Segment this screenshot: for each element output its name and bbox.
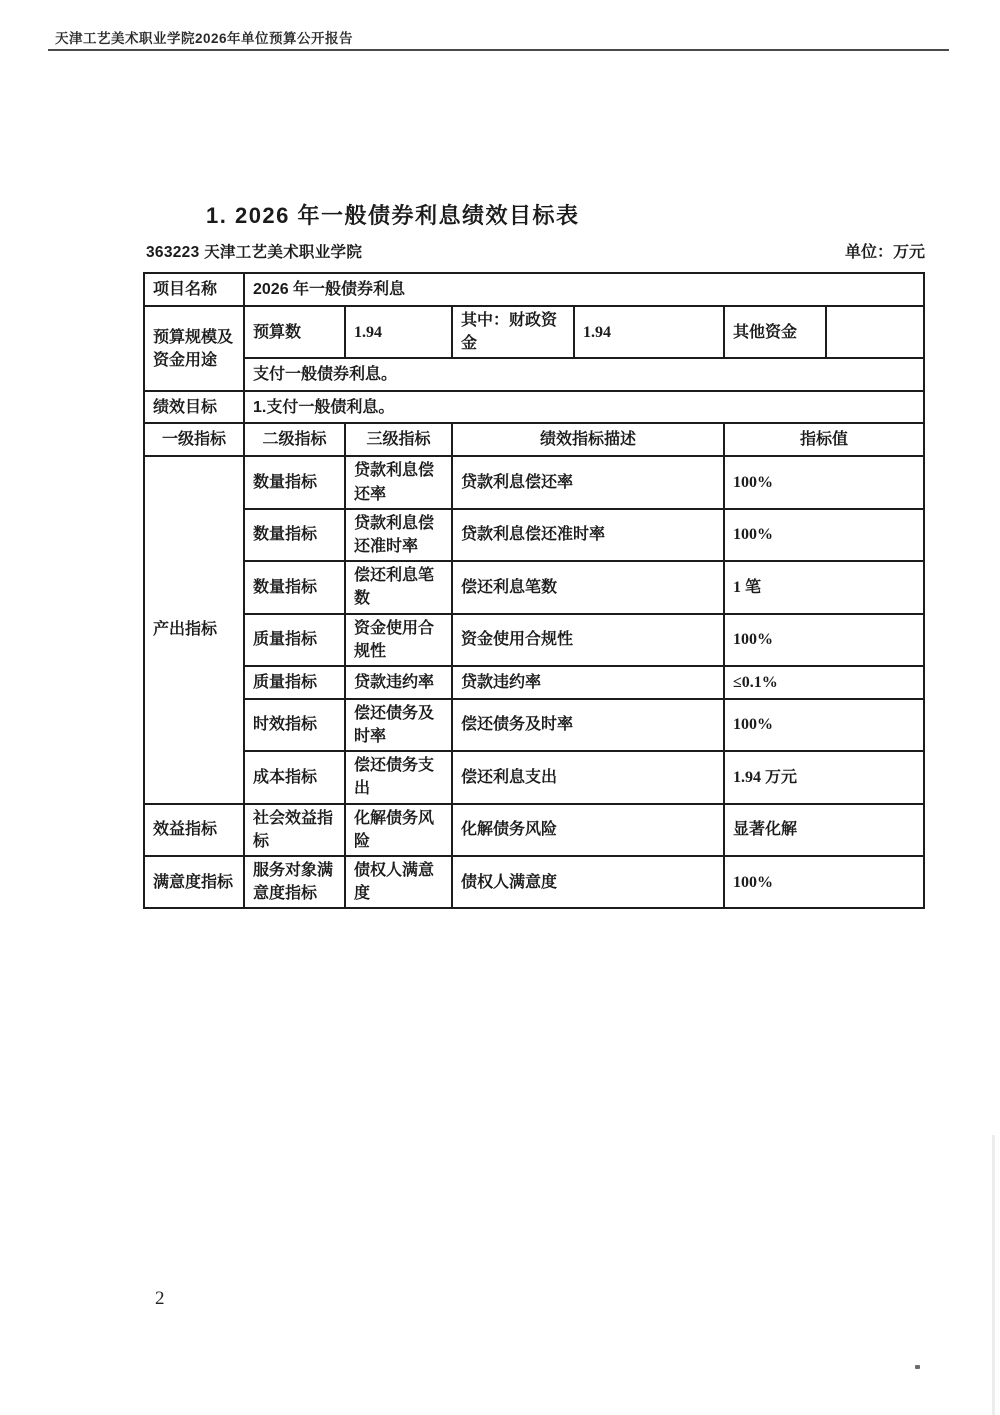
indicator-row: 时效指标 偿还债务及时率 偿还债务及时率 100% bbox=[144, 699, 924, 751]
table-row: 预算规模及资金用途 预算数 1.94 其中：财政资金 1.94 其他资金 bbox=[144, 306, 924, 358]
indicator-row: 数量指标 偿还利息笔数 偿还利息笔数 1 笔 bbox=[144, 561, 924, 613]
desc-cell: 贷款利息偿还准时率 bbox=[452, 509, 724, 561]
indicator-row: 产出指标 数量指标 贷款利息偿还率 贷款利息偿还率 100% bbox=[144, 456, 924, 508]
level3-cell: 贷款违约率 bbox=[345, 666, 452, 699]
desc-cell: 偿还利息支出 bbox=[452, 751, 724, 803]
document-page: 天津工艺美术职业学院2026年单位预算公开报告 1. 2026 年一般债券利息绩… bbox=[0, 0, 1000, 1415]
indicator-row: 数量指标 贷款利息偿还准时率 贷款利息偿还准时率 100% bbox=[144, 509, 924, 561]
column-header-level2: 二级指标 bbox=[244, 423, 345, 456]
value-cell: 100% bbox=[724, 509, 924, 561]
section-title: 1. 2026 年一般债券利息绩效目标表 bbox=[206, 199, 580, 230]
level2-cell: 数量指标 bbox=[244, 509, 345, 561]
level3-cell: 贷款利息偿还准时率 bbox=[345, 509, 452, 561]
org-code-name: 363223 天津工艺美术职业学院 bbox=[146, 240, 362, 262]
value-cell: ≤0.1% bbox=[724, 666, 924, 699]
level3-cell: 偿还债务支出 bbox=[345, 751, 452, 803]
level1-cell: 产出指标 bbox=[144, 456, 244, 803]
document-header-title: 天津工艺美术职业学院2026年单位预算公开报告 bbox=[55, 27, 353, 47]
indicator-row: 质量指标 资金使用合规性 资金使用合规性 100% bbox=[144, 614, 924, 666]
level3-cell: 资金使用合规性 bbox=[345, 614, 452, 666]
table-row: 支付一般债券利息。 bbox=[144, 358, 924, 391]
column-header-level3: 三级指标 bbox=[345, 423, 452, 456]
indicator-row: 成本指标 偿还债务支出 偿还利息支出 1.94 万元 bbox=[144, 751, 924, 803]
column-header-desc: 绩效指标描述 bbox=[452, 423, 724, 456]
value-cell: 100% bbox=[724, 699, 924, 751]
header-divider bbox=[48, 49, 949, 51]
other-funds-value bbox=[826, 306, 924, 358]
desc-cell: 化解债务风险 bbox=[452, 804, 724, 856]
level2-cell: 社会效益指标 bbox=[244, 804, 345, 856]
indicator-row: 效益指标 社会效益指标 化解债务风险 化解债务风险 显著化解 bbox=[144, 804, 924, 856]
level3-cell: 贷款利息偿还率 bbox=[345, 456, 452, 508]
project-name-value: 2026 年一般债券利息 bbox=[244, 273, 924, 306]
level3-cell: 偿还利息笔数 bbox=[345, 561, 452, 613]
unit-label: 单位：万元 bbox=[845, 239, 925, 262]
performance-target-table: 项目名称 2026 年一般债券利息 预算规模及资金用途 预算数 1.94 其中：… bbox=[143, 272, 925, 909]
table-caption-row: 363223 天津工艺美术职业学院 单位：万元 bbox=[146, 239, 925, 262]
page-number: 2 bbox=[155, 1288, 165, 1310]
level2-cell: 数量指标 bbox=[244, 561, 345, 613]
goal-value: 1.支付一般债利息。 bbox=[244, 391, 924, 423]
value-cell: 100% bbox=[724, 456, 924, 508]
level2-cell: 成本指标 bbox=[244, 751, 345, 803]
goal-label: 绩效目标 bbox=[144, 391, 244, 423]
desc-cell: 偿还利息笔数 bbox=[452, 561, 724, 613]
indicator-row: 满意度指标 服务对象满意度指标 债权人满意度 债权人满意度 100% bbox=[144, 856, 924, 908]
desc-cell: 债权人满意度 bbox=[452, 856, 724, 908]
other-funds-label: 其他资金 bbox=[724, 306, 826, 358]
level3-cell: 化解债务风险 bbox=[345, 804, 452, 856]
budget-amount-label: 预算数 bbox=[244, 306, 345, 358]
scan-artifact-edge bbox=[992, 1135, 995, 1415]
budget-amount-value: 1.94 bbox=[345, 306, 452, 358]
level2-cell: 数量指标 bbox=[244, 456, 345, 508]
table-row: 项目名称 2026 年一般债券利息 bbox=[144, 273, 924, 306]
budget-section-label: 预算规模及资金用途 bbox=[144, 306, 244, 391]
desc-cell: 贷款利息偿还率 bbox=[452, 456, 724, 508]
fiscal-funds-value: 1.94 bbox=[574, 306, 724, 358]
level1-cell: 效益指标 bbox=[144, 804, 244, 856]
desc-cell: 资金使用合规性 bbox=[452, 614, 724, 666]
indicator-header-row: 一级指标 二级指标 三级指标 绩效指标描述 指标值 bbox=[144, 423, 924, 456]
value-cell: 1.94 万元 bbox=[724, 751, 924, 803]
value-cell: 100% bbox=[724, 614, 924, 666]
level1-cell: 满意度指标 bbox=[144, 856, 244, 908]
level2-cell: 质量指标 bbox=[244, 666, 345, 699]
table-row: 绩效目标 1.支付一般债利息。 bbox=[144, 391, 924, 423]
scan-artifact-dot bbox=[915, 1365, 920, 1369]
fiscal-funds-label: 其中：财政资金 bbox=[452, 306, 574, 358]
desc-cell: 贷款违约率 bbox=[452, 666, 724, 699]
level2-cell: 时效指标 bbox=[244, 699, 345, 751]
value-cell: 1 笔 bbox=[724, 561, 924, 613]
level2-cell: 服务对象满意度指标 bbox=[244, 856, 345, 908]
level2-cell: 质量指标 bbox=[244, 614, 345, 666]
value-cell: 显著化解 bbox=[724, 804, 924, 856]
budget-usage-text: 支付一般债券利息。 bbox=[244, 358, 924, 391]
value-cell: 100% bbox=[724, 856, 924, 908]
column-header-level1: 一级指标 bbox=[144, 423, 244, 456]
indicator-row: 质量指标 贷款违约率 贷款违约率 ≤0.1% bbox=[144, 666, 924, 699]
level3-cell: 债权人满意度 bbox=[345, 856, 452, 908]
level3-cell: 偿还债务及时率 bbox=[345, 699, 452, 751]
desc-cell: 偿还债务及时率 bbox=[452, 699, 724, 751]
project-name-label: 项目名称 bbox=[144, 273, 244, 306]
column-header-value: 指标值 bbox=[724, 423, 924, 456]
